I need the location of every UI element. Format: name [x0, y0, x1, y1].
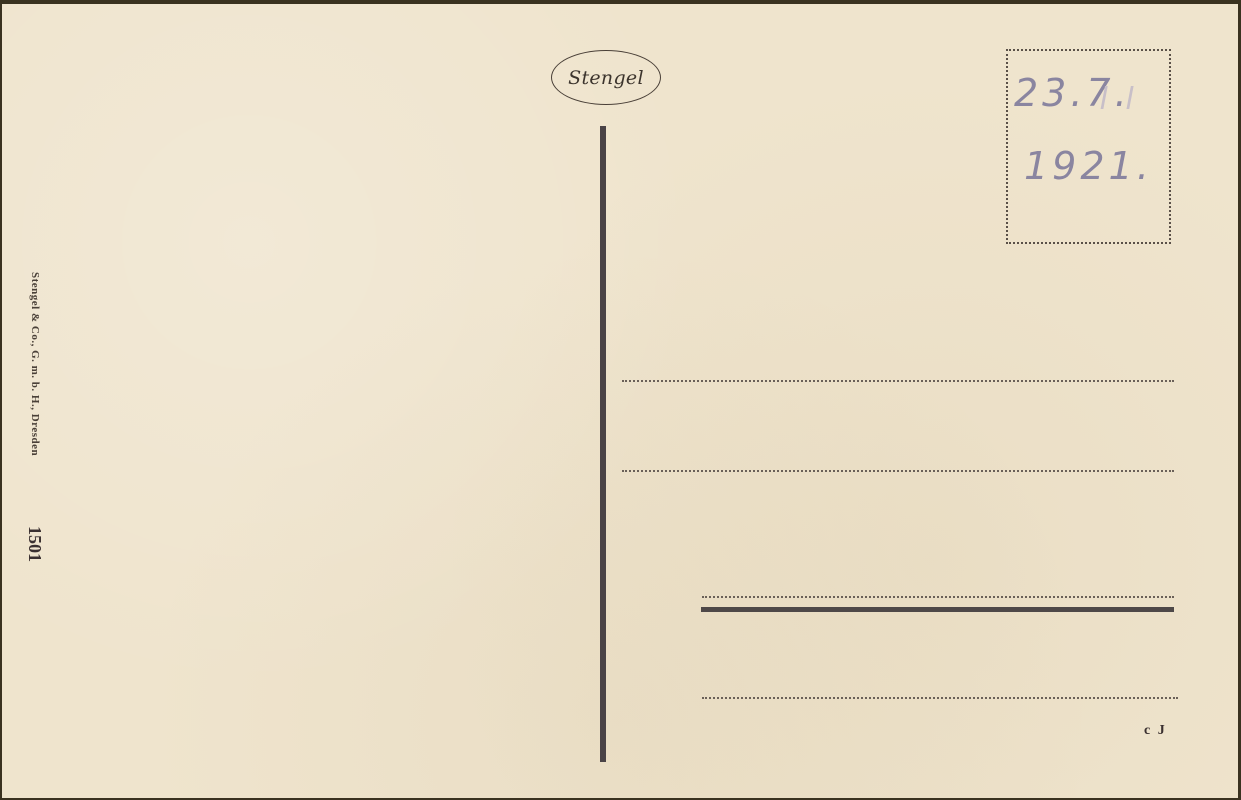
handwritten-faint-marks: ꞁ ꞁ: [1100, 76, 1138, 111]
address-line-3: [702, 596, 1174, 598]
corner-mark: c J: [1144, 723, 1167, 739]
postcard-back: Stengel 23.7. ꞁ ꞁ 1921. Stengel & Co., G…: [2, 4, 1238, 798]
handwritten-year: 1921.: [1024, 144, 1153, 188]
series-number: 1501: [24, 526, 45, 562]
logo-text: Stengel: [568, 67, 644, 89]
publisher-logo: Stengel: [551, 50, 661, 105]
address-line-1: [622, 380, 1174, 382]
address-underline: [701, 607, 1174, 612]
publisher-imprint: Stengel & Co., G. m. b. H., Dresden: [29, 272, 41, 456]
center-divider-line: [600, 126, 606, 762]
address-line-2: [622, 470, 1174, 472]
address-line-4: [702, 697, 1178, 699]
